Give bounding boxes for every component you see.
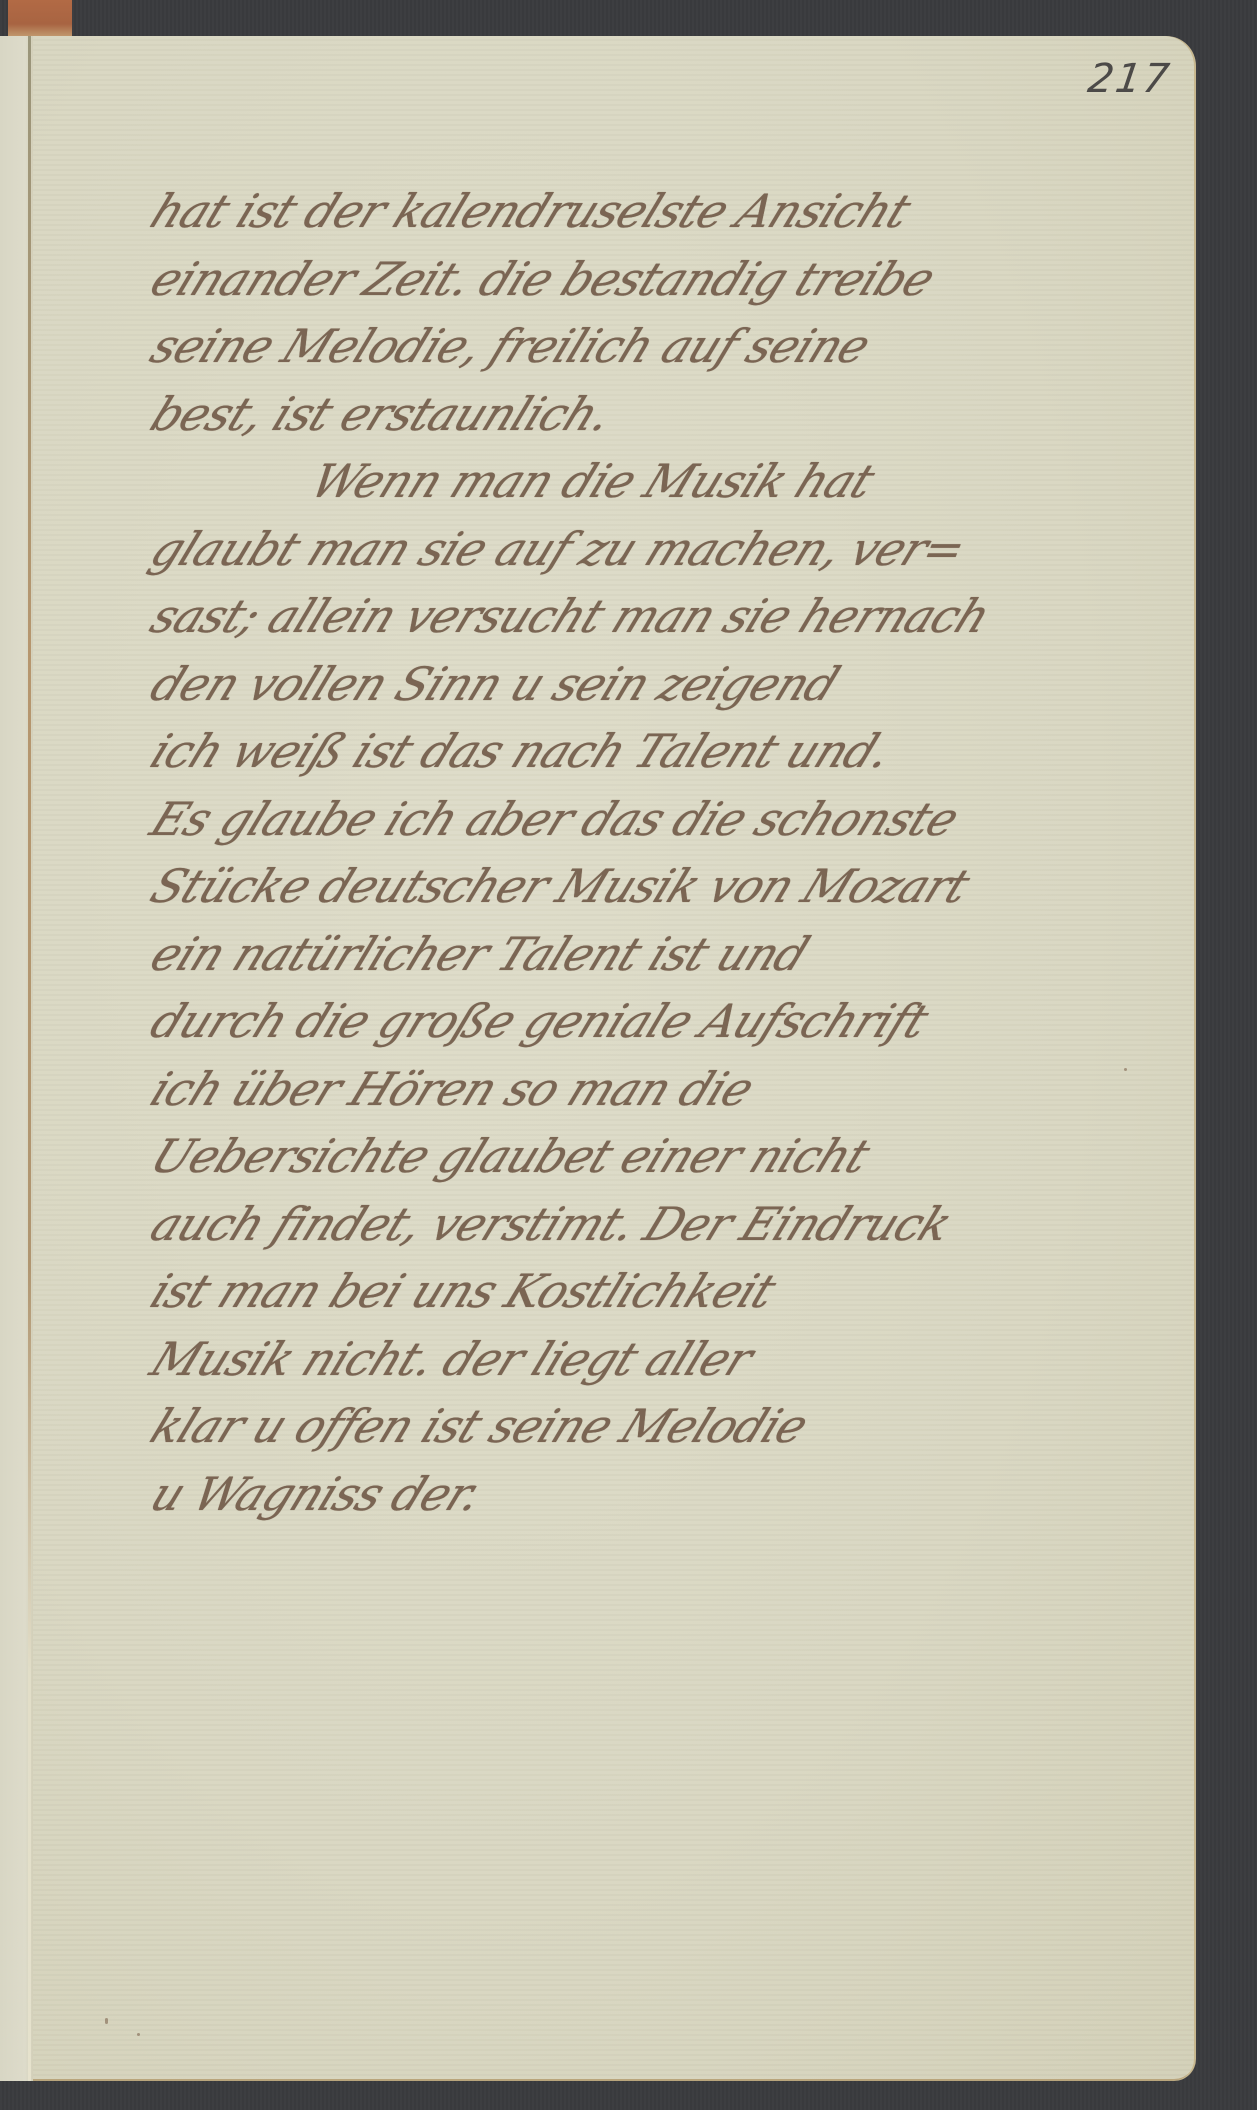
- text-line: hat ist der kalendruselste Ansicht: [140, 178, 1217, 246]
- paper-speck: [137, 2033, 140, 2036]
- text-line: ein natürlicher Talent ist und: [140, 921, 1217, 989]
- text-line: durch die große geniale Aufschrift: [140, 988, 1217, 1056]
- text-line: glaubt man sie auf zu machen, ver=: [140, 516, 1217, 584]
- paper-speck: [1124, 1068, 1127, 1071]
- text-line: klar u offen ist seine Melodie: [140, 1393, 1217, 1461]
- binding-tab: [8, 0, 72, 40]
- text-line: ist man bei uns Kostlichkeit: [140, 1258, 1217, 1326]
- text-line: best, ist erstaunlich.: [140, 381, 1217, 449]
- text-line: sast; allein versucht man sie hernach: [140, 583, 1217, 651]
- text-line: u Wagniss der.: [140, 1461, 1217, 1529]
- handwritten-text-block: hat ist der kalendruselste Ansicht einan…: [140, 178, 1190, 1528]
- text-line: Musik nicht. der liegt aller: [140, 1326, 1217, 1394]
- gutter-binding-line: [28, 36, 31, 2081]
- text-line: den vollen Sinn u sein zeigend: [140, 651, 1217, 719]
- text-line: Es glaube ich aber das die schonste: [140, 786, 1217, 854]
- text-line: auch findet, verstimt. Der Eindruck: [140, 1191, 1217, 1259]
- text-line: einander Zeit. die bestandig treibe: [140, 246, 1217, 314]
- text-line: Wenn man die Musik hat: [140, 448, 1217, 516]
- text-line: Stücke deutscher Musik von Mozart: [140, 853, 1217, 921]
- text-line: Uebersichte glaubet einer nicht: [140, 1123, 1217, 1191]
- text-line: ich weiß ist das nach Talent und.: [140, 718, 1217, 786]
- page-number: 217: [1084, 56, 1181, 106]
- text-line: seine Melodie, freilich auf seine: [140, 313, 1217, 381]
- text-line: ich über Hören so man die: [140, 1056, 1217, 1124]
- paper-speck: [105, 2018, 108, 2024]
